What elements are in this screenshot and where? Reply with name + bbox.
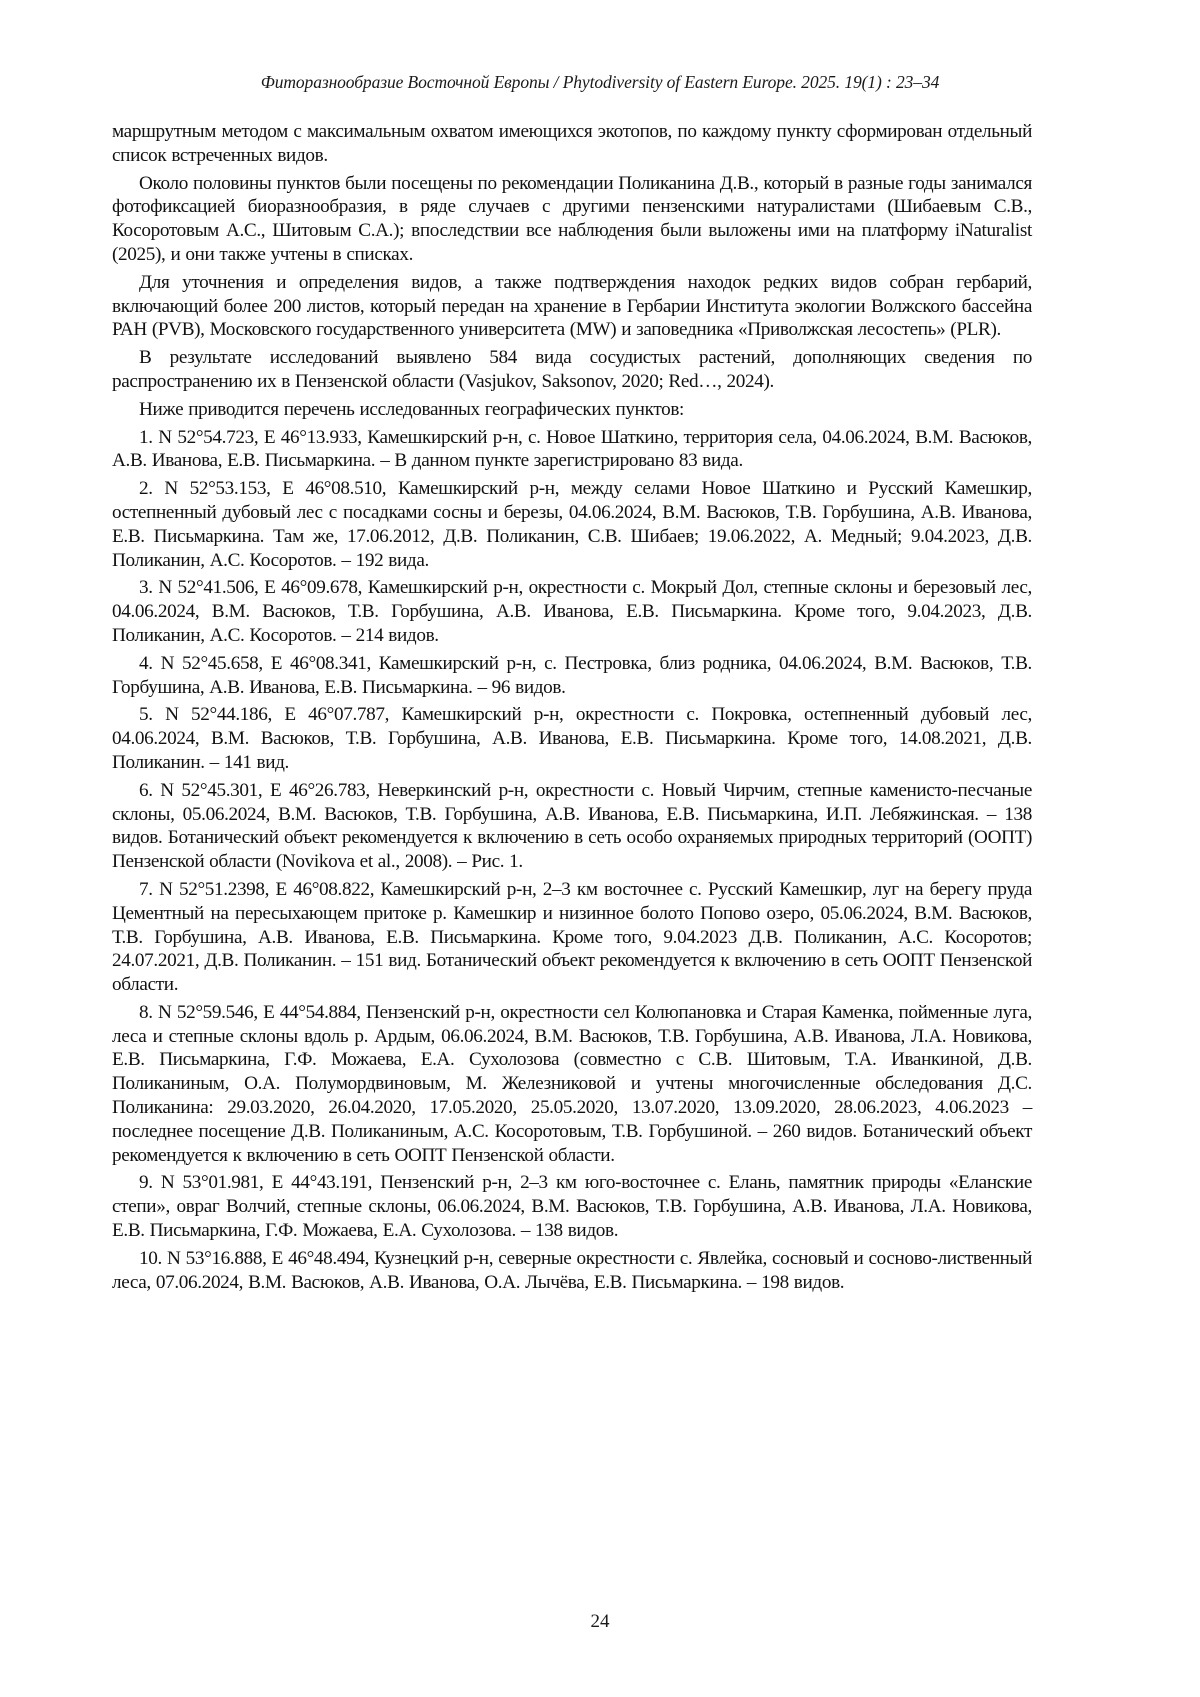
location-item-6: 6. N 52°45.301, E 46°26.783, Неверкински…	[112, 779, 1032, 874]
location-item-8: 8. N 52°59.546, E 44°54.884, Пензенский …	[112, 1001, 1032, 1168]
page-number: 24	[0, 1611, 1200, 1633]
paragraph-herbarium: Для уточнения и определения видов, а так…	[112, 271, 1032, 342]
location-item-2: 2. N 52°53.153, E 46°08.510, Камешкирски…	[112, 477, 1032, 572]
location-item-3: 3. N 52°41.506, E 46°09.678, Камешкирски…	[112, 576, 1032, 647]
paragraph-polikanin: Около половины пунктов были посещены по …	[112, 172, 1032, 267]
paragraph-continuation: маршрутным методом с максимальным охвато…	[112, 120, 1032, 168]
location-item-5: 5. N 52°44.186, E 46°07.787, Камешкирски…	[112, 703, 1032, 774]
location-item-4: 4. N 52°45.658, E 46°08.341, Камешкирски…	[112, 652, 1032, 700]
location-item-10: 10. N 53°16.888, E 46°48.494, Кузнецкий …	[112, 1247, 1032, 1295]
paragraph-list-intro: Ниже приводится перечень исследованных г…	[112, 398, 1032, 422]
body-text: маршрутным методом с максимальным охвато…	[112, 120, 1032, 1298]
location-item-1: 1. N 52°54.723, E 46°13.933, Камешкирски…	[112, 426, 1032, 474]
running-header: Фиторазнообразие Восточной Европы / Phyt…	[0, 72, 1200, 93]
location-item-9: 9. N 53°01.981, E 44°43.191, Пензенский …	[112, 1171, 1032, 1242]
location-item-7: 7. N 52°51.2398, E 46°08.822, Камешкирск…	[112, 878, 1032, 997]
paragraph-results: В результате исследований выявлено 584 в…	[112, 346, 1032, 394]
document-page: Фиторазнообразие Восточной Европы / Phyt…	[0, 0, 1200, 1697]
